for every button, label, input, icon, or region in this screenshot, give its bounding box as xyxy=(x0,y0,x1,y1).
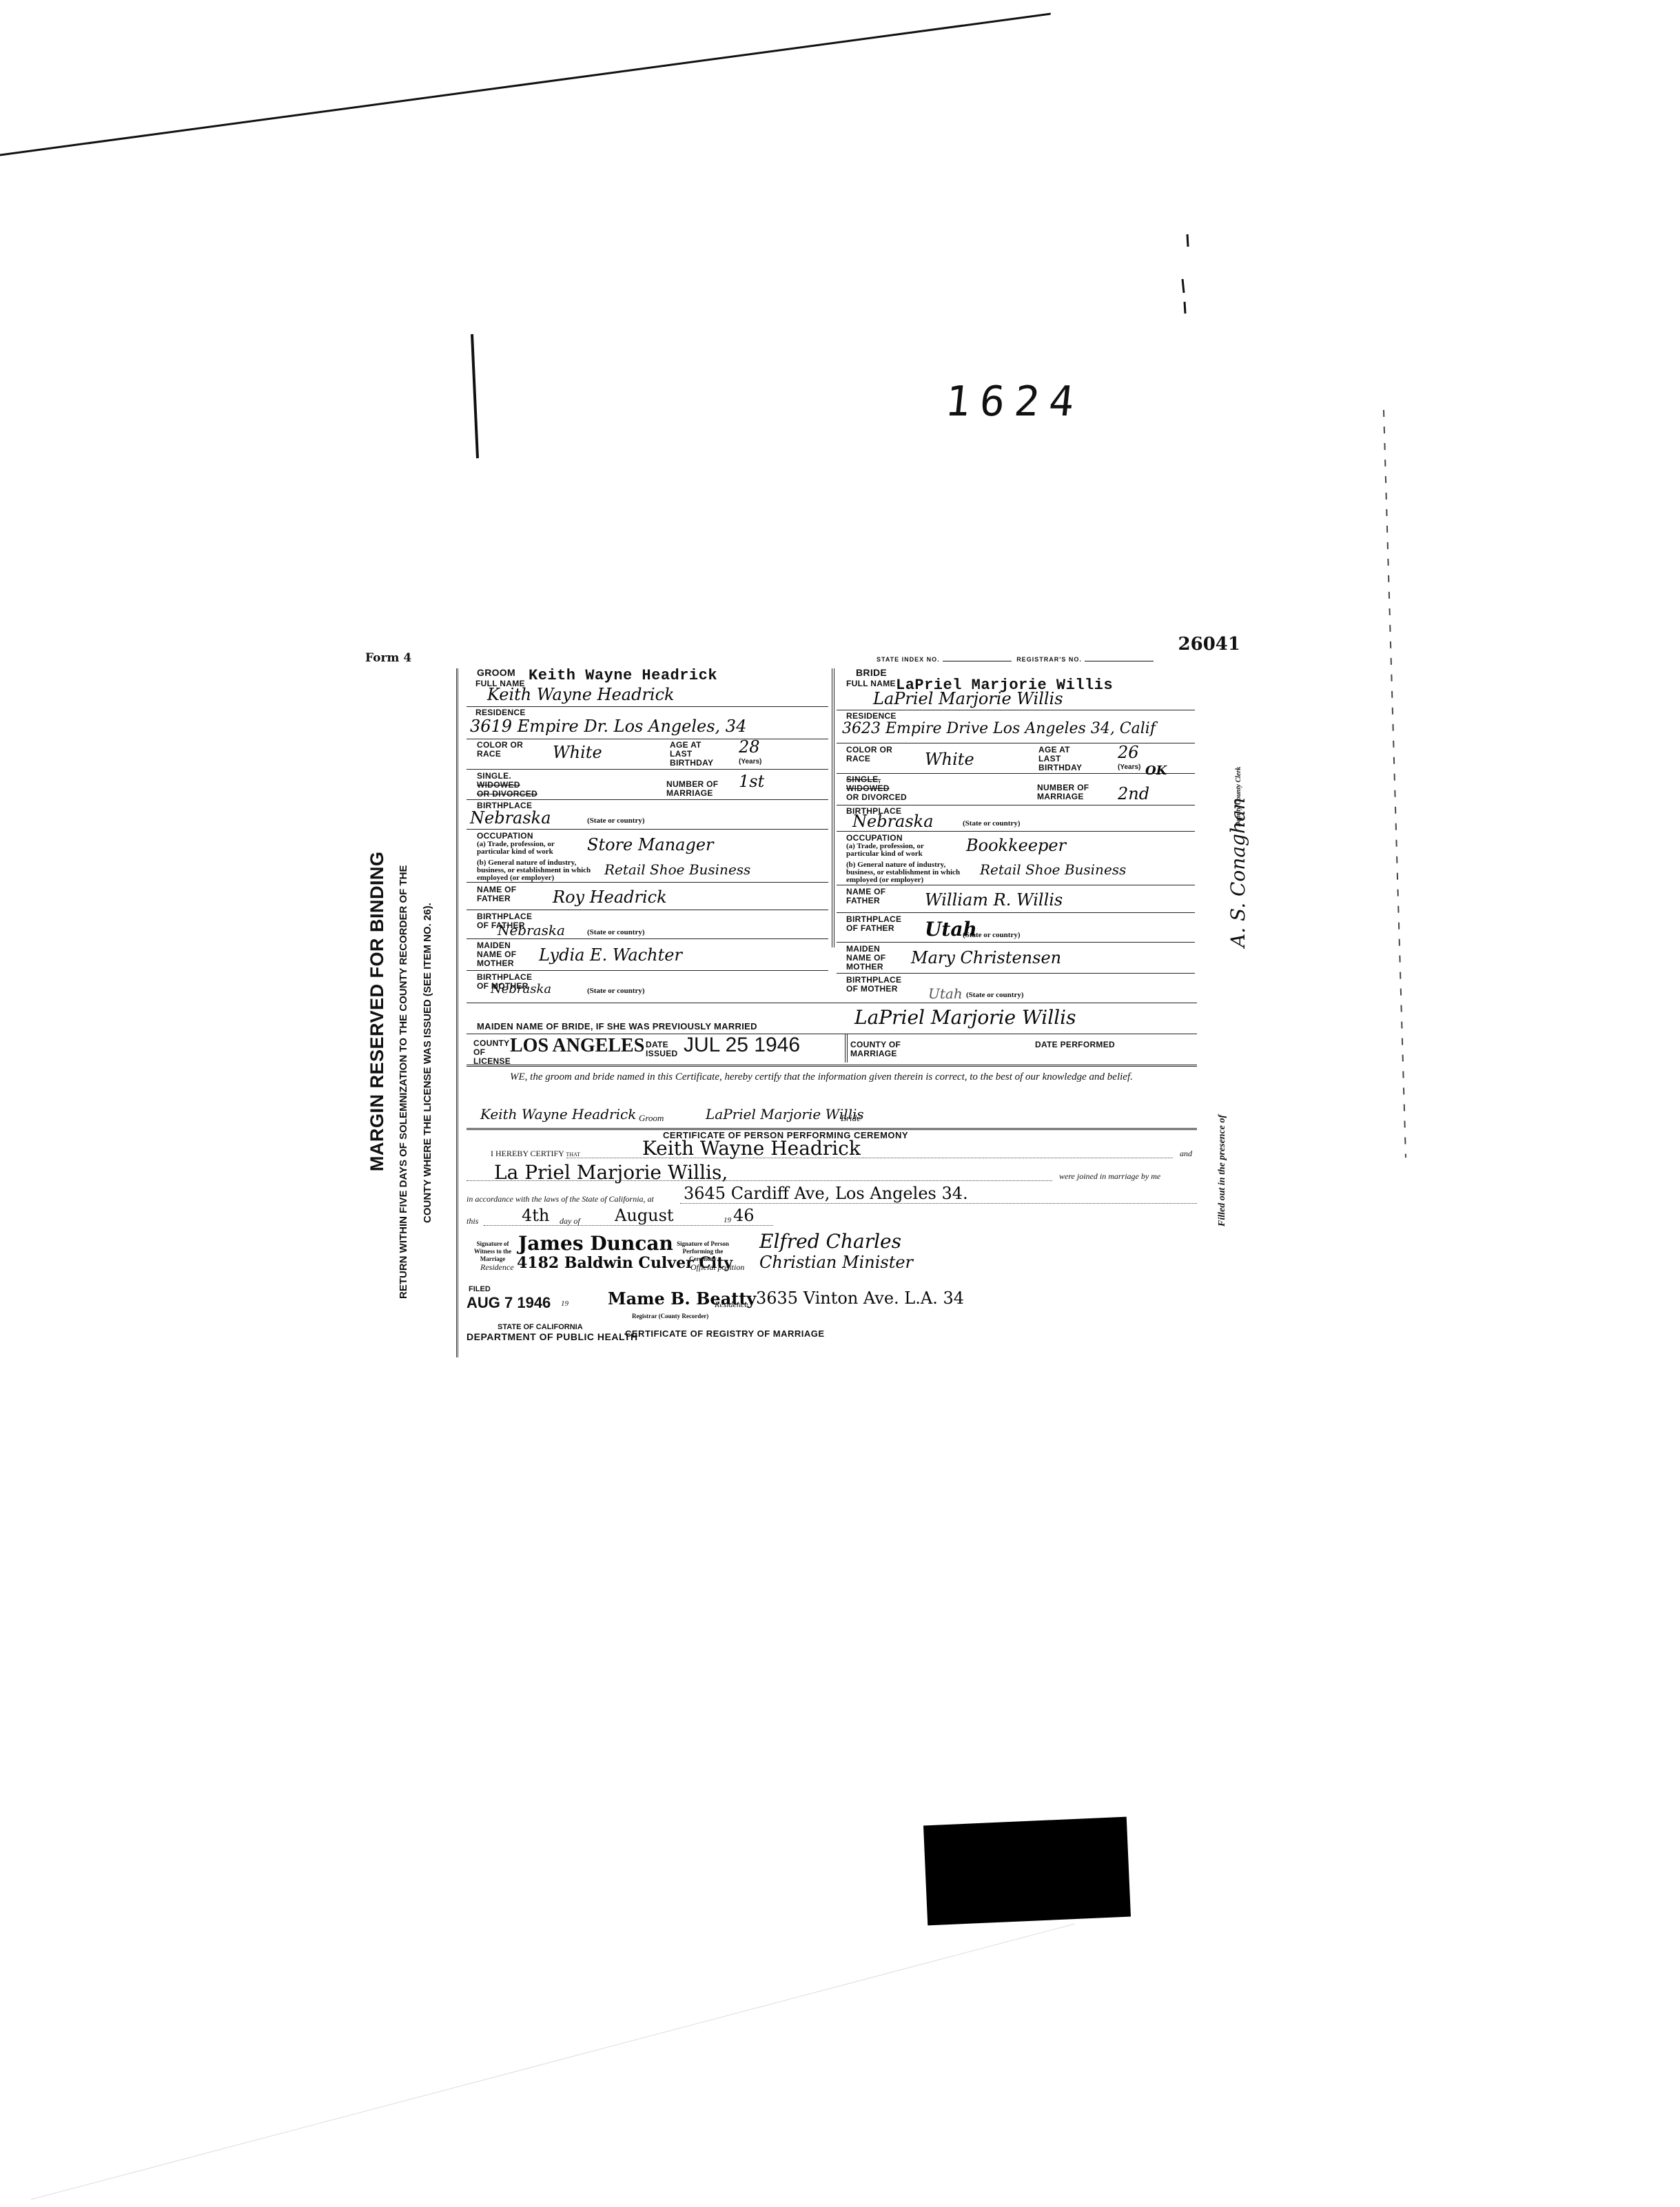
registrar-label: Registrar (County Recorder) xyxy=(632,1313,708,1320)
form-label: Form 4 xyxy=(365,651,411,665)
bride-age: 26 xyxy=(1118,743,1139,762)
groom-years-label: (Years) xyxy=(739,758,761,766)
certificate-number: 26041 xyxy=(1178,634,1240,655)
ceremony-location: 3645 Cardiff Ave, Los Angeles 34. xyxy=(684,1184,968,1203)
groom-birthplace: Nebraska xyxy=(470,808,551,828)
groom-father-birthplace-hint: (State or country) xyxy=(587,929,645,936)
date-issued: JUL 25 1946 xyxy=(684,1034,800,1057)
bride-mother-label: MAIDEN NAME OF MOTHER xyxy=(846,945,894,972)
registrar-residence-label: Residence xyxy=(715,1300,748,1310)
margin-instruction-1: RETURN WITHIN FIVE DAYS OF SOLEMNIZATION… xyxy=(398,865,409,1299)
witness-residence-label: Residence xyxy=(480,1262,514,1273)
groom-name-typed: Keith Wayne Headrick xyxy=(529,667,717,684)
bride-age-label: AGE AT LAST BIRTHDAY xyxy=(1038,746,1094,772)
bride-years-label: (Years) xyxy=(1118,763,1140,771)
groom-mother: Lydia E. Wachter xyxy=(539,945,682,965)
groom-mother-birthplace-hint: (State or country) xyxy=(587,987,645,995)
footer-department: DEPARTMENT OF PUBLIC HEALTH xyxy=(467,1331,638,1342)
groom-marriage-number-label: NUMBER OF MARRIAGE xyxy=(666,780,728,798)
deputy-clerk-title: Deputy County Clerk xyxy=(1235,767,1242,827)
bride-name-signature: LaPriel Marjorie Willis xyxy=(873,689,1063,708)
groom-name-signature: Keith Wayne Headrick xyxy=(487,685,675,704)
groom-father: Roy Headrick xyxy=(553,887,667,907)
bride-occupation-a: Bookkeeper xyxy=(966,836,1066,855)
groom-color-label: COLOR OR RACE xyxy=(477,741,532,759)
index-line: STATE INDEX NO. REGISTRAR'S NO. xyxy=(877,656,1156,663)
bride-father-birthplace-label: BIRTHPLACE OF FATHER xyxy=(846,915,915,933)
joined-label: were joined in marriage by me xyxy=(1059,1171,1160,1182)
county-of-license: LOS ANGELES xyxy=(510,1035,644,1057)
declaration-text: WE, the groom and bride named in this Ce… xyxy=(469,1070,1192,1085)
bride-marriage-number: 2nd xyxy=(1118,784,1149,803)
date-performed-label: DATE PERFORMED xyxy=(1035,1040,1118,1049)
groom-mother-label: MAIDEN NAME OF MOTHER xyxy=(477,941,525,968)
groom-occupation-a: Store Manager xyxy=(587,835,714,854)
bride-label: BRIDE xyxy=(856,668,887,677)
groom-age-label: AGE AT LAST BIRTHDAY xyxy=(670,741,725,768)
bride-father: William R. Willis xyxy=(925,890,1063,910)
officiant-label: Signature of Person Performing the Cerem… xyxy=(675,1240,730,1263)
bride-mother-birthplace-hint: (State or country) xyxy=(966,992,1024,999)
margin-title: MARGIN RESERVED FOR BINDING xyxy=(367,851,388,1171)
groom-marriage-number: 1st xyxy=(739,772,764,791)
bride-occupation-b: Retail Shoe Business xyxy=(980,861,1126,878)
ceremony-groom-name: Keith Wayne Headrick xyxy=(642,1137,861,1160)
column-divider xyxy=(832,668,834,947)
officiant-signature: Elfred Charles xyxy=(759,1230,901,1253)
witness-label: Signature of Witness to the Marriage xyxy=(469,1240,517,1263)
maiden-name-label: MAIDEN NAME OF BRIDE, IF SHE WAS PREVIOU… xyxy=(477,1022,757,1031)
bride-residence: 3623 Empire Drive Los Angeles 34, Calif xyxy=(842,720,1156,737)
ceremony-and-label: and xyxy=(1180,1149,1192,1159)
redaction-block xyxy=(923,1817,1131,1926)
bride-birthplace-hint: (State or country) xyxy=(963,820,1021,828)
page-number-stamp: 1624 xyxy=(943,378,1086,426)
filed-label: FILED xyxy=(469,1285,491,1293)
ceremony-month: August xyxy=(615,1206,674,1225)
date-issued-label: DATE ISSUED xyxy=(646,1040,680,1058)
groom-occupation-a-label: (a) Trade, profession, or particular kin… xyxy=(477,841,573,856)
ceremony-day: 4th xyxy=(522,1206,549,1225)
footer-title: CERTIFICATE OF REGISTRY OF MARRIAGE xyxy=(625,1328,825,1339)
this-label: this xyxy=(467,1216,478,1226)
groom-father-label: NAME OF FATHER xyxy=(477,885,525,903)
county-of-marriage-label: COUNTY OF MARRIAGE xyxy=(850,1040,912,1058)
bride-mother-birthplace-label: BIRTHPLACE OF MOTHER xyxy=(846,976,915,994)
bride-color-label: COLOR OR RACE xyxy=(846,746,901,763)
groom-label: GROOM xyxy=(477,668,515,677)
witness-signature: James Duncan xyxy=(518,1232,673,1255)
groom-age: 28 xyxy=(739,737,760,757)
filed-date: AUG 7 1946 xyxy=(467,1294,551,1312)
groom-mother-birthplace: Nebraska xyxy=(491,982,551,996)
bride-father-birthplace-hint: (State or country) xyxy=(963,932,1021,939)
groom-declaration-signature: Keith Wayne Headrick xyxy=(480,1106,636,1122)
certificate-frame xyxy=(456,668,460,1357)
registrar-label: REGISTRAR'S NO. xyxy=(1016,656,1082,663)
ceremony-year: 46 xyxy=(733,1206,755,1225)
bride-full-name-label: FULL NAME xyxy=(846,679,896,688)
official-position-label: Official position xyxy=(690,1262,744,1273)
registrar-residence: 3635 Vinton Ave. L.A. 34 xyxy=(756,1289,964,1308)
margin-instruction-2: COUNTY WHERE THE LICENSE WAS ISSUED (SEE… xyxy=(422,903,433,1223)
groom-declaration-label: Groom xyxy=(639,1113,664,1124)
groom-occupation-b-label: (b) General nature of industry, business… xyxy=(477,859,601,882)
bride-declaration-label: Bride xyxy=(841,1113,861,1124)
bride-birthplace: Nebraska xyxy=(852,812,934,831)
groom-residence: 3619 Empire Dr. Los Angeles, 34 xyxy=(470,717,746,736)
bride-mother-birthplace: Utah xyxy=(928,985,963,1002)
footer-state: STATE OF CALIFORNIA xyxy=(498,1323,583,1331)
bride-mother: Mary Christensen xyxy=(911,948,1061,967)
state-index-label: STATE INDEX NO. xyxy=(877,656,940,663)
marriage-certificate: 26041 STATE INDEX NO. REGISTRAR'S NO. GR… xyxy=(456,634,1249,1364)
groom-father-birthplace: Nebraska xyxy=(498,922,565,938)
groom-occupation-b: Retail Shoe Business xyxy=(604,861,750,878)
maiden-name-value: LaPriel Marjorie Willis xyxy=(854,1006,1076,1029)
official-position: Christian Minister xyxy=(759,1253,913,1272)
deputy-presence-label: Filled out in the presence of xyxy=(1217,1115,1228,1226)
bride-marriage-number-label: NUMBER OF MARRIAGE xyxy=(1037,783,1099,801)
bride-color: White xyxy=(925,750,974,769)
bride-occupation-b-label: (b) General nature of industry, business… xyxy=(846,861,970,884)
bride-marriage-ok-note: OK xyxy=(1145,763,1167,778)
groom-divorced-label: OR DIVORCED xyxy=(477,790,537,799)
bride-father-label: NAME OF FATHER xyxy=(846,887,894,905)
bride-occupation-a-label: (a) Trade, profession, or particular kin… xyxy=(846,843,943,858)
ceremony-year-prefix: 19 xyxy=(724,1216,731,1224)
groom-color: White xyxy=(553,743,602,762)
filed-year-prefix: 19 xyxy=(561,1300,568,1308)
groom-birthplace-hint: (State or country) xyxy=(587,817,645,825)
accordance-label: in accordance with the laws of the State… xyxy=(467,1194,654,1204)
bride-divorced-label: OR DIVORCED xyxy=(846,793,907,802)
